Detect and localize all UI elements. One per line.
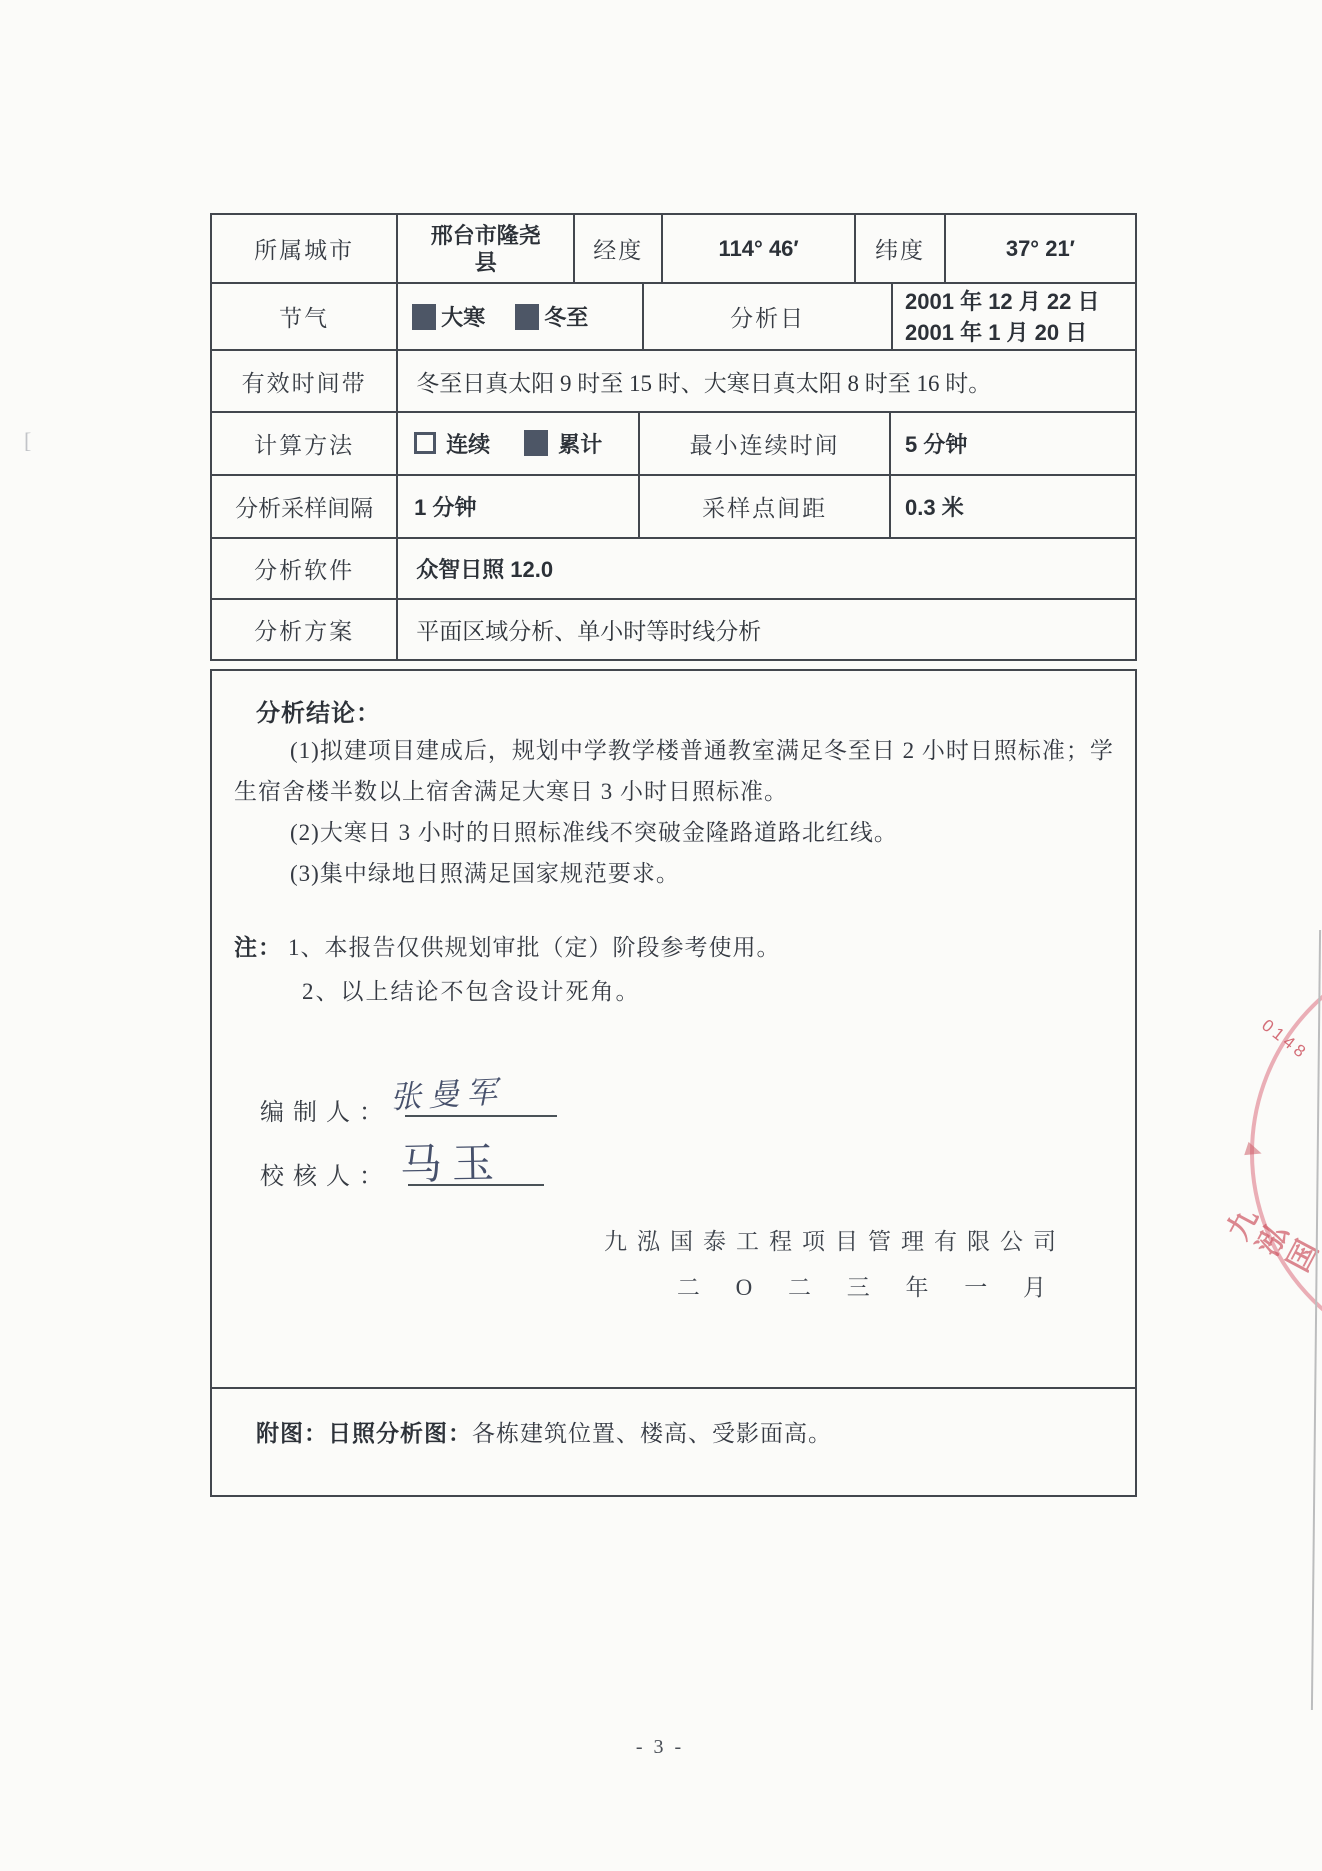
scheme-value: 平面区域分析、单小时等时线分析 [396,600,1135,659]
table-row-time-band: 有效时间带 冬至日真太阳 9 时至 15 时、大寒日真太阳 8 时至 16 时。 [212,349,1135,411]
checker-label: 校核人： [260,1156,392,1191]
table-row-scheme: 分析方案 平面区域分析、单小时等时线分析 [212,598,1135,659]
time-band-label: 有效时间带 [212,351,396,411]
checkbox-filled-icon [524,430,548,456]
conclusion-item-1: (1)拟建项目建成后，规划中学教学楼普通教室满足冬至日 2 小时日照标准；学生宿… [234,730,1118,812]
latitude-label: 纬度 [854,215,944,282]
note-text-1: 1、本报告仅供规划审批（定）阶段参考使用。 [288,929,781,962]
table-row-sampling: 分析采样间隔 1 分钟 采样点间距 0.3 米 [212,474,1135,537]
conclusion-item-2: (2)大寒日 3 小时的日照标准线不突破金隆路道路北红线。 [234,812,1118,853]
company-name: 九泓国泰工程项目管理有限公司 [604,1223,1066,1256]
option-cumulative: 累计 [524,428,602,459]
option-cumulative-label: 累计 [558,428,602,459]
city-value: 邢台市隆尧 县 [396,215,573,282]
software-label: 分析软件 [212,539,396,597]
term-dahan-label: 大寒 [441,301,485,332]
table-row-city: 所属城市 邢台市隆尧 县 经度 114° 46′ 纬度 37° 21′ [212,215,1135,282]
checker-signature-line [408,1184,544,1186]
note-line-2: 2、以上结论不包含设计死角。 [302,973,641,1006]
conclusion-paragraphs: (1)拟建项目建成后，规划中学教学楼普通教室满足冬至日 2 小时日照标准；学生宿… [234,730,1118,894]
calc-method-options: 连续 累计 [396,413,638,473]
option-continuous: 连续 [414,428,490,459]
min-continuous-time-label: 最小连续时间 [638,413,889,473]
conclusion-item-3: (3)集中绿地日照满足国家规范要求。 [234,853,1118,894]
city-label: 所属城市 [212,215,396,282]
appendix-label: 附图：日照分析图： [256,1420,472,1446]
latitude-value: 37° 21′ [944,215,1135,282]
checkbox-filled-icon [412,304,436,330]
solar-term-options: 大寒 冬至 [396,284,642,348]
city-value-line1: 邢台市隆尧 [431,222,541,249]
checker-signature: 马玉 [399,1130,504,1192]
table-row-software: 分析软件 众智日照 12.0 [212,537,1135,597]
sampling-spacing-value: 0.3 米 [889,476,1135,537]
preparer-label: 编制人： [260,1092,392,1127]
analysis-date-2: 2001 年 1 月 20 日 [905,317,1087,348]
sampling-interval-label: 分析采样间隔 [212,476,396,537]
checkbox-empty-icon [414,432,436,454]
page-number: - 3 - [590,1736,730,1759]
term-dahan-option: 大寒 [412,301,485,332]
preparer-signature: 张曼军 [389,1066,505,1117]
option-continuous-label: 连续 [446,428,490,459]
preparer-signature-line [405,1115,557,1117]
appendix-description: 各栋建筑位置、楼高、受影面高。 [472,1421,832,1446]
checkbox-filled-icon [515,304,539,330]
analysis-day-value: 2001 年 12 月 22 日 2001 年 1 月 20 日 [891,284,1135,348]
analysis-day-label: 分析日 [642,284,891,348]
table-row-calc-method: 计算方法 连续 累计 最小连续时间 5 分钟 [212,411,1135,473]
time-band-value: 冬至日真太阳 9 时至 15 时、大寒日真太阳 8 时至 16 时。 [396,351,1135,411]
appendix-text: 附图：日照分析图：各栋建筑位置、楼高、受影面高。 [256,1415,1135,1448]
report-page: 所属城市 邢台市隆尧 县 经度 114° 46′ 纬度 37° 21′ 节气 大… [0,0,1322,1871]
scan-artifact-bracket: [ [24,428,31,454]
info-table: 所属城市 邢台市隆尧 县 经度 114° 46′ 纬度 37° 21′ 节气 大… [210,213,1137,661]
calc-method-label: 计算方法 [212,413,396,473]
solar-term-label: 节气 [212,284,396,348]
conclusion-title: 分析结论： [256,693,381,728]
conclusion-box: 分析结论： (1)拟建项目建成后，规划中学教学楼普通教室满足冬至日 2 小时日照… [210,669,1137,1497]
longitude-label: 经度 [573,215,661,282]
sampling-interval-value: 1 分钟 [396,476,638,537]
min-continuous-time-value: 5 分钟 [889,413,1135,473]
note-line-1: 注： 1、本报告仅供规划审批（定）阶段参考使用。 [234,929,781,962]
sampling-spacing-label: 采样点间距 [638,476,889,537]
issue-date: 二 O 二 三 年 一 月 [677,1269,1061,1302]
software-value: 众智日照 12.0 [396,539,1135,597]
scheme-label: 分析方案 [212,600,396,659]
city-value-line2: 县 [475,249,497,276]
note-label: 注： [234,929,282,962]
longitude-value: 114° 46′ [661,215,854,282]
appendix-row: 附图：日照分析图：各栋建筑位置、楼高、受影面高。 [212,1387,1135,1448]
term-dongzhi-label: 冬至 [544,301,588,332]
table-row-solar-term: 节气 大寒 冬至 分析日 2001 年 12 月 22 日 2001 年 1 月… [212,282,1135,348]
analysis-date-1: 2001 年 12 月 22 日 [905,286,1099,317]
term-dongzhi-option: 冬至 [515,301,588,332]
